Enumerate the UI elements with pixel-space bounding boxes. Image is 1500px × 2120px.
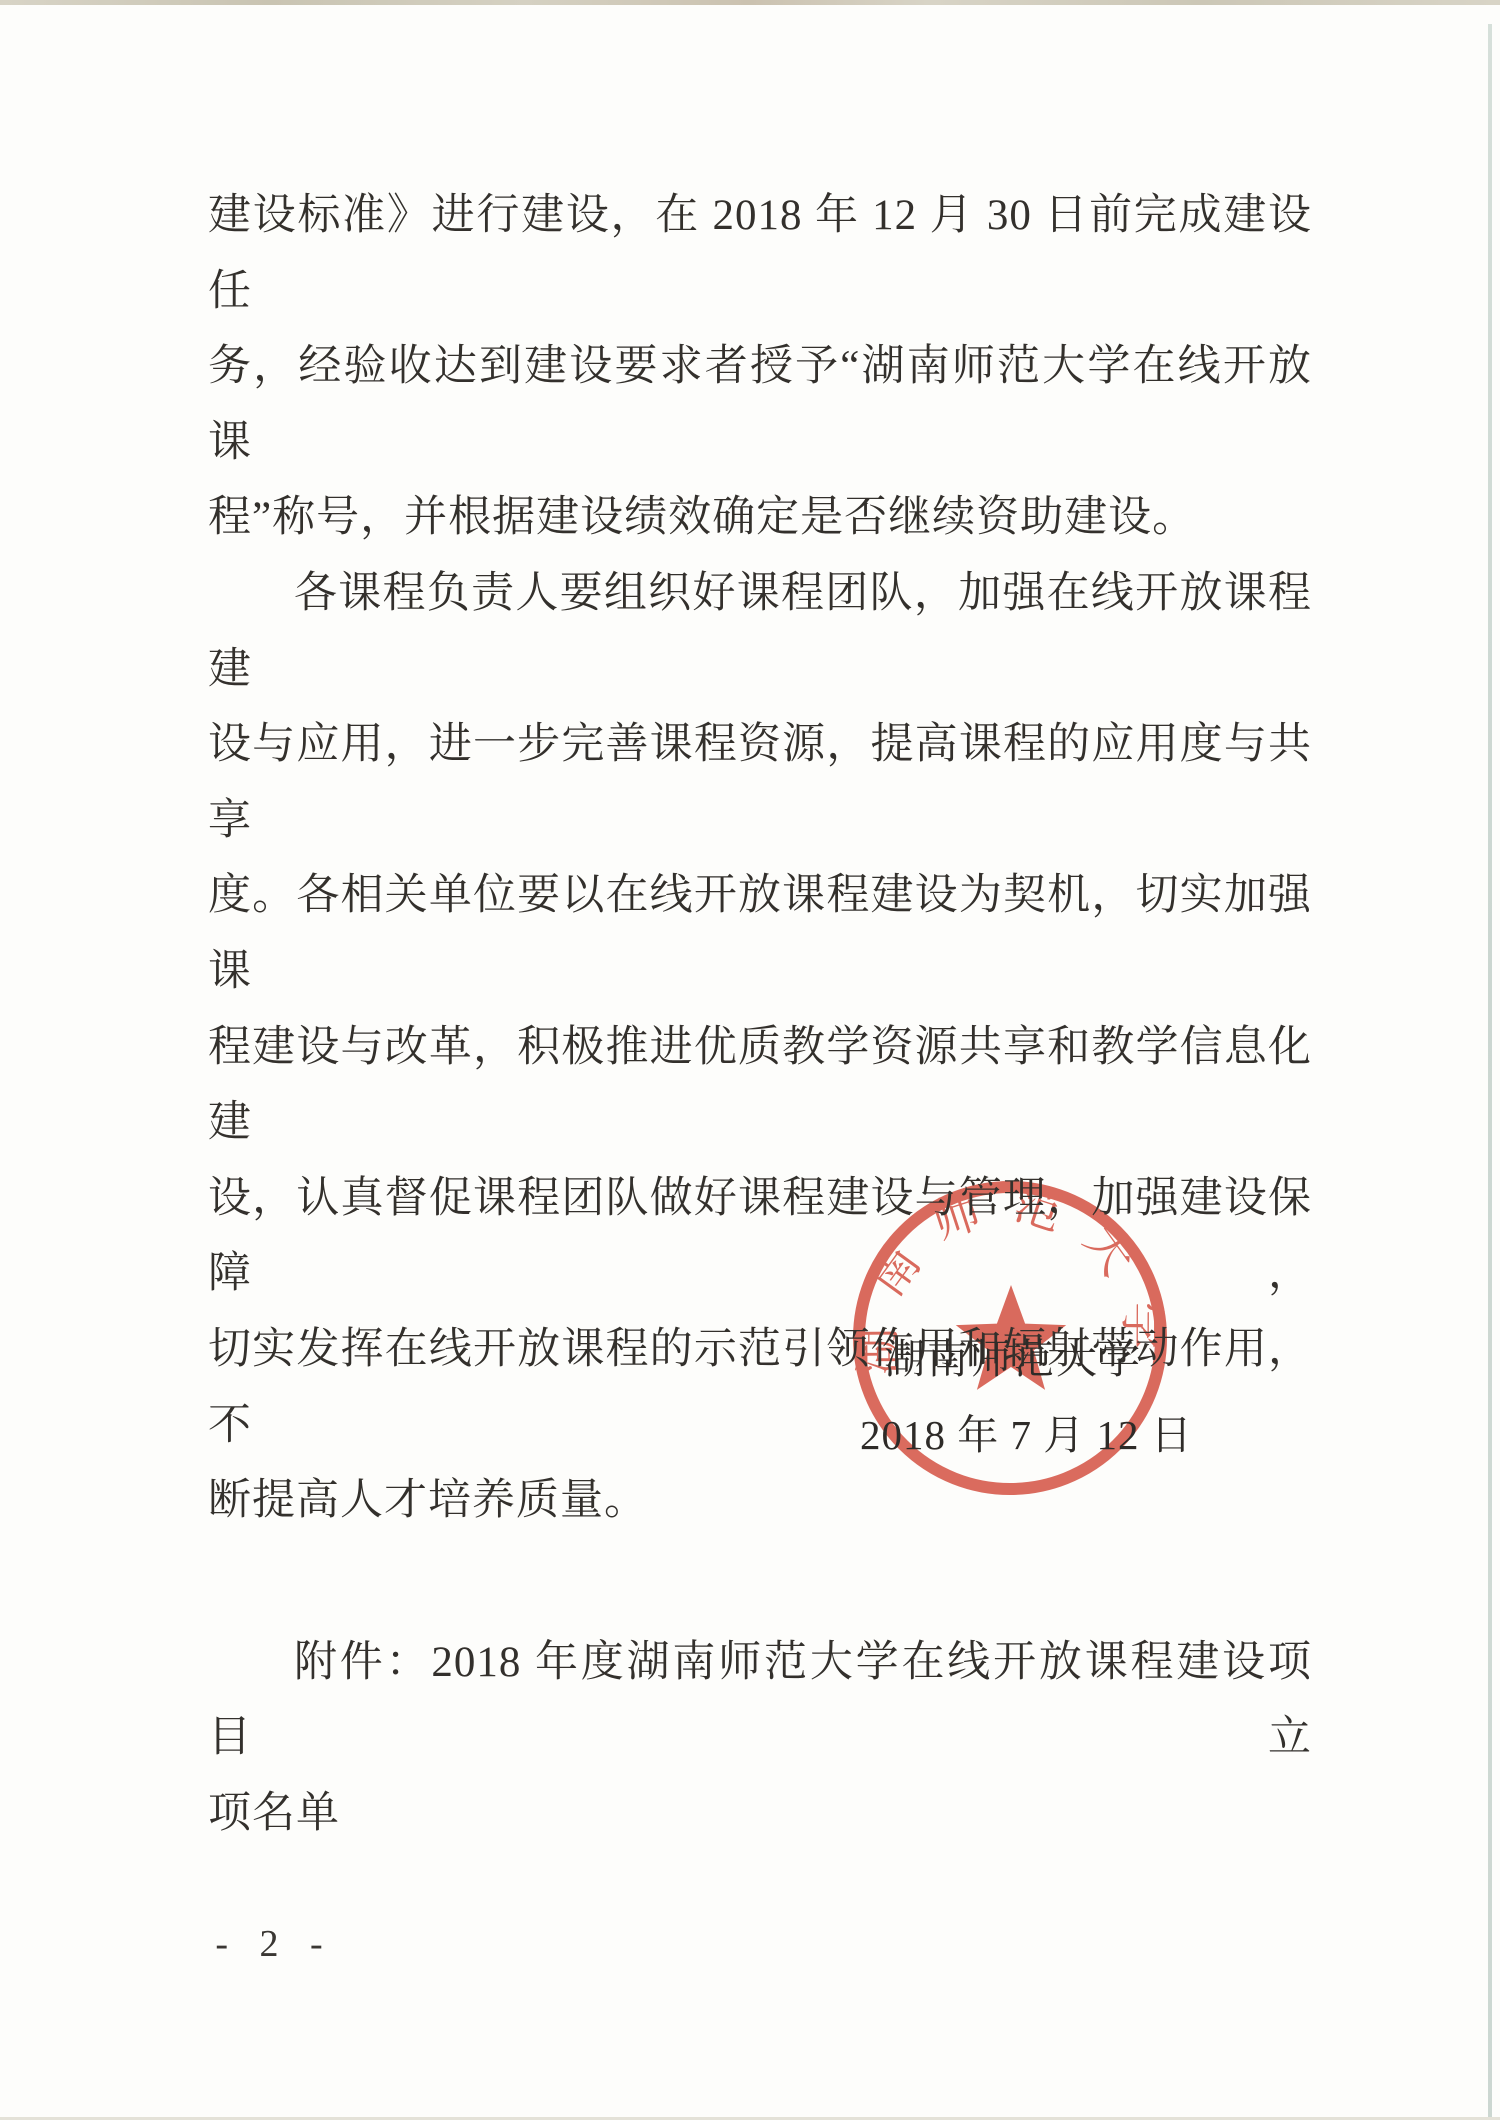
body-line: 程建设与改革，积极推进优质教学资源共享和教学信息化建 — [208, 1010, 1312, 1161]
attachment-note: 附件：2018 年度湖南师范大学在线开放课程建设项目立 项名单 — [208, 1625, 1312, 1852]
page-number: - 2 - — [186, 1922, 356, 1966]
scan-edge-right — [1488, 24, 1492, 2120]
body-line: 建设标准》进行建设，在 2018 年 12 月 30 日前完成建设任 — [208, 178, 1312, 329]
attachment-line: 附件：2018 年度湖南师范大学在线开放课程建设项目立 — [208, 1625, 1312, 1776]
body-line: 程”称号，并根据建设绩效确定是否继续资助建设。 — [208, 480, 1312, 556]
scan-edge-top — [0, 0, 1500, 5]
body-line: 设与应用，进一步完善课程资源，提高课程的应用度与共享 — [208, 707, 1312, 858]
document-body: 建设标准》进行建设，在 2018 年 12 月 30 日前完成建设任 务，经验收… — [208, 178, 1312, 1851]
attachment-line: 项名单 — [208, 1776, 1312, 1852]
signature-date: 2018 年 7 月 12 日 — [860, 1402, 1193, 1461]
body-line: 务，经验收达到建设要求者授予“湖南师范大学在线开放课 — [208, 329, 1312, 480]
scanned-document-page: 湖南师范大学 建设标准》进行建设，在 2018 年 12 月 30 日前完成建设… — [0, 0, 1500, 2120]
body-line: 断提高人才培养质量。 — [208, 1463, 1312, 1539]
signature-organization: 湖南师范大学 — [884, 1326, 1142, 1385]
body-line: 设，认真督促课程团队做好课程建设与管理，加强建设保障， — [208, 1161, 1312, 1312]
body-line: 度。各相关单位要以在线开放课程建设为契机，切实加强课 — [208, 858, 1312, 1009]
body-line: 各课程负责人要组织好课程团队，加强在线开放课程建 — [208, 556, 1312, 707]
